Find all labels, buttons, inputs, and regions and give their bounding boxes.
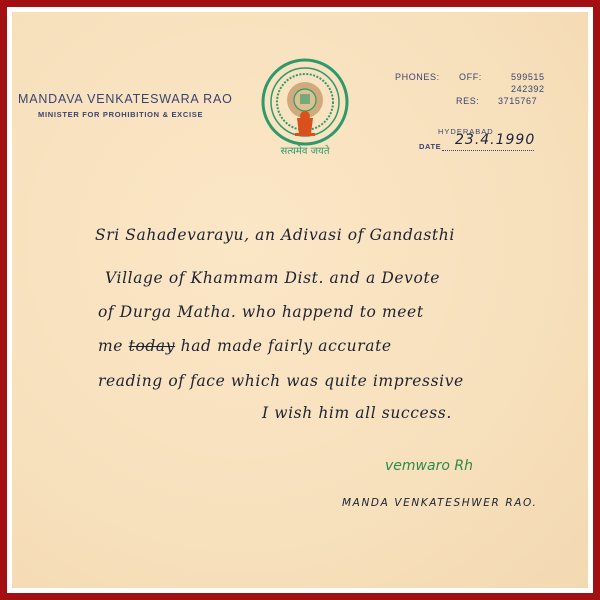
date-value: 23.4.1990 — [455, 132, 535, 148]
office-phone-2: 242392 — [511, 84, 545, 94]
residence-label: RES: — [456, 96, 479, 106]
phones-label: PHONES: — [395, 72, 440, 82]
letter-line-6: I wish him all success. — [262, 404, 452, 422]
office-label: OFF: — [459, 72, 482, 82]
residence-phone: 3715767 — [498, 96, 537, 106]
letter-line-2: Village of Khammam Dist. and a Devote — [105, 269, 440, 287]
svg-text:सत्यमेव जयते: सत्यमेव जयते — [280, 145, 329, 157]
letter-line-5: reading of face which was quite impressi… — [98, 372, 464, 390]
line4-prefix: me — [98, 337, 123, 355]
state-emblem-icon: सत्यमेव जयते — [250, 56, 360, 166]
signature-scribble: vemwaro Rh — [385, 458, 473, 474]
date-underline — [442, 150, 534, 151]
letterhead-name: MANDAVA VENKATESWARA RAO — [18, 92, 233, 106]
struck-word: today — [129, 337, 175, 355]
letter-line-3: of Durga Matha. who happend to meet — [98, 303, 424, 321]
signature-printed-name: MANDA VENKATESHWER RAO. — [342, 497, 537, 509]
letter-line-4: me today had made fairly accurate — [98, 337, 392, 355]
letter-line-1: Sri Sahadevarayu, an Adivasi of Gandasth… — [95, 226, 455, 244]
line4-text: had made fairly accurate — [181, 337, 392, 355]
letterhead-title: MINISTER FOR PROHIBITION & EXCISE — [38, 110, 203, 119]
date-label: DATE — [419, 142, 441, 151]
office-phone-1: 599515 — [511, 72, 545, 82]
